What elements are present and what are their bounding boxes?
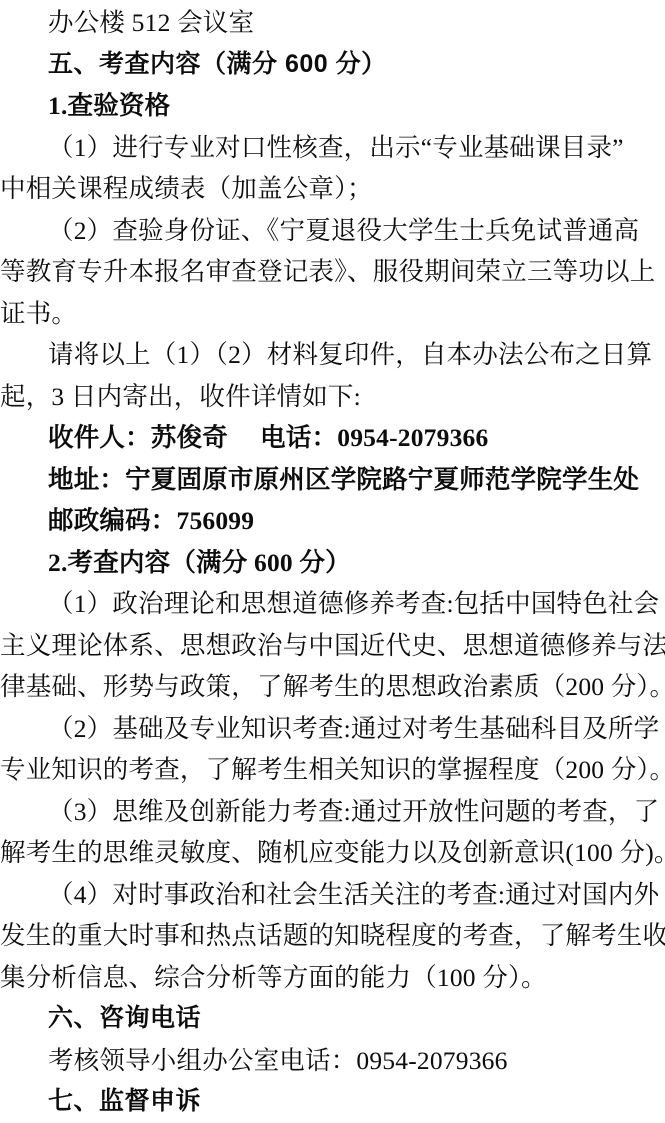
para-mailing-instruction-line-1: 请将以上（1）（2）材料复印件，自本办法公布之日算 bbox=[0, 334, 665, 376]
subheading-1-check-qualification: 1.查验资格 bbox=[0, 85, 665, 127]
para-qualification-item-2-line-3: 证书。 bbox=[0, 293, 665, 335]
para-exam-item-4-line-1: （4）对时事政治和社会生活关注的考查:通过对国内外 bbox=[0, 874, 665, 916]
para-exam-item-4-line-2: 发生的重大时事和热点话题的知晓程度的考查，了解考生收 bbox=[0, 915, 665, 957]
para-qualification-item-1-line-1: （1）进行专业对口性核查，出示“专业基础课目录” bbox=[0, 127, 665, 169]
line-office-phone: 考核领导小组办公室电话：0954-2079366 bbox=[0, 1040, 665, 1082]
line-postal-code: 邮政编码：756099 bbox=[0, 500, 665, 542]
para-mailing-instruction-line-2: 起，3 日内寄出，收件详情如下: bbox=[0, 376, 665, 418]
para-exam-item-1-line-1: （1）政治理论和思想道德修养考查:包括中国特色社会 bbox=[0, 583, 665, 625]
para-qualification-item-1-line-2: 中相关课程成绩表（加盖公章）； bbox=[0, 168, 665, 210]
para-qualification-item-2-line-1: （2）查验身份证、《宁夏退役大学生士兵免试普通高 bbox=[0, 210, 665, 252]
para-qualification-item-2-line-2: 等教育专升本报名审查登记表》、服役期间荣立三等功以上 bbox=[0, 251, 665, 293]
para-exam-item-2-line-1: （2）基础及专业知识考查:通过对考生基础科目及所学 bbox=[0, 708, 665, 750]
line-address: 地址：宁夏固原市原州区学院路宁夏师范学院学生处 bbox=[0, 459, 665, 501]
para-exam-item-3-line-1: （3）思维及创新能力考查:通过开放性问题的考查，了 bbox=[0, 791, 665, 833]
subheading-2-exam-content: 2.考查内容（满分 600 分） bbox=[0, 542, 665, 584]
para-exam-item-1-line-3: 律基础、形势与政策，了解考生的思想政治素质（200 分）。 bbox=[0, 666, 665, 708]
para-exam-item-1-line-2: 主义理论体系、思想政治与中国近代史、思想道德修养与法 bbox=[0, 625, 665, 667]
para-exam-item-2-line-2: 专业知识的考查，了解考生相关知识的掌握程度（200 分）。 bbox=[0, 749, 665, 791]
para-exam-item-3-line-2: 解考生的思维灵敏度、随机应变能力以及创新意识(100 分)。 bbox=[0, 832, 665, 874]
heading-section-6-inquiry-phone: 六、咨询电话 bbox=[0, 998, 665, 1040]
heading-section-7-supervision-appeal: 七、监督申诉 bbox=[0, 1081, 665, 1123]
para-exam-item-4-line-3: 集分析信息、综合分析等方面的能力（100 分）。 bbox=[0, 957, 665, 999]
line-meeting-room: 办公楼 512 会议室 bbox=[0, 2, 665, 44]
line-recipient-and-phone: 收件人：苏俊奇 电话：0954-2079366 bbox=[0, 417, 665, 459]
heading-section-5-exam-content: 五、考查内容（满分 600 分） bbox=[0, 44, 665, 86]
document-page: 办公楼 512 会议室 五、考查内容（满分 600 分） 1.查验资格 （1）进… bbox=[0, 0, 665, 1123]
